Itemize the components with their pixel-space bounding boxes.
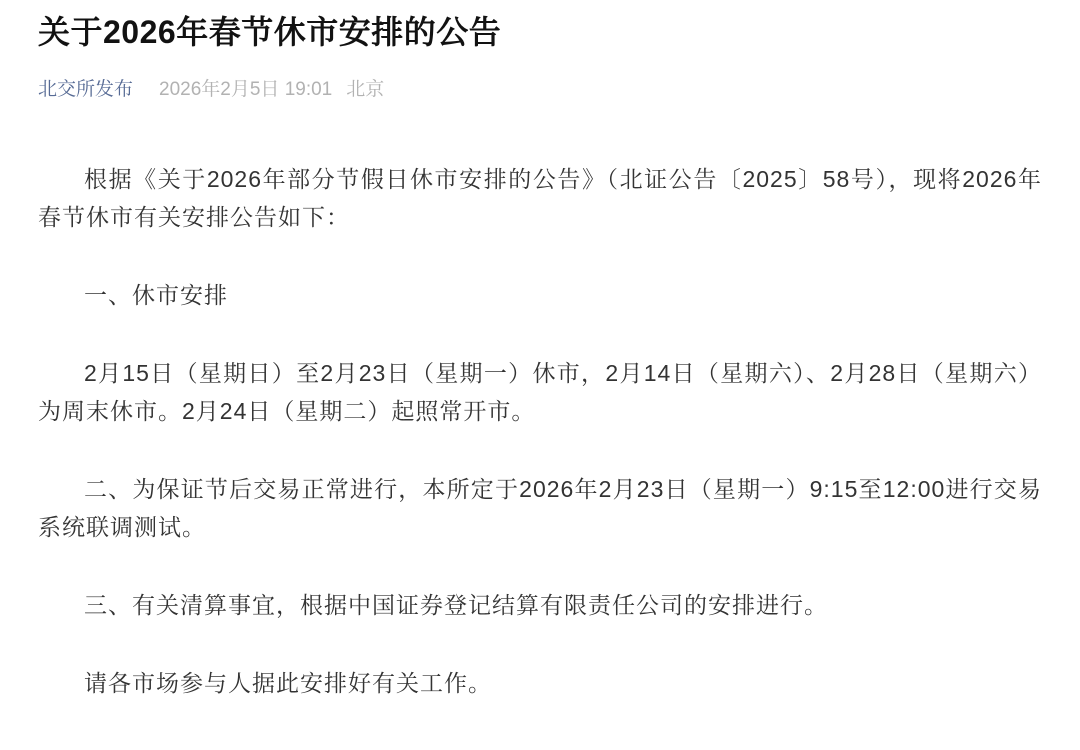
author-link[interactable]: 北交所发布 [38, 77, 133, 103]
paragraph-section2: 二、为保证节后交易正常进行，本所定于2026年2月23日（星期一）9:15至12… [38, 470, 1042, 546]
article-page: 关于2026年春节休市安排的公告 北交所发布 2026年2月5日 19:01 北… [0, 0, 1080, 750]
paragraph-section1-heading: 一、休市安排 [38, 276, 1042, 314]
article-body: 根据《关于2026年部分节假日休市安排的公告》（北证公告〔2025〕58号），现… [38, 160, 1042, 702]
paragraph-section1-detail: 2月15日（星期日）至2月23日（星期一）休市，2月14日（星期六）、2月28日… [38, 354, 1042, 430]
paragraph-closing: 请各市场参与人据此安排好有关工作。 [38, 664, 1042, 702]
publish-location: 北京 [346, 77, 384, 103]
paragraph-intro: 根据《关于2026年部分节假日休市安排的公告》（北证公告〔2025〕58号），现… [38, 160, 1042, 236]
paragraph-section3: 三、有关清算事宜，根据中国证券登记结算有限责任公司的安排进行。 [38, 586, 1042, 624]
page-title: 关于2026年春节休市安排的公告 [38, 10, 1042, 54]
byline: 北交所发布 2026年2月5日 19:01 北京 [38, 77, 1042, 103]
publish-datetime: 2026年2月5日 19:01 [159, 77, 332, 103]
